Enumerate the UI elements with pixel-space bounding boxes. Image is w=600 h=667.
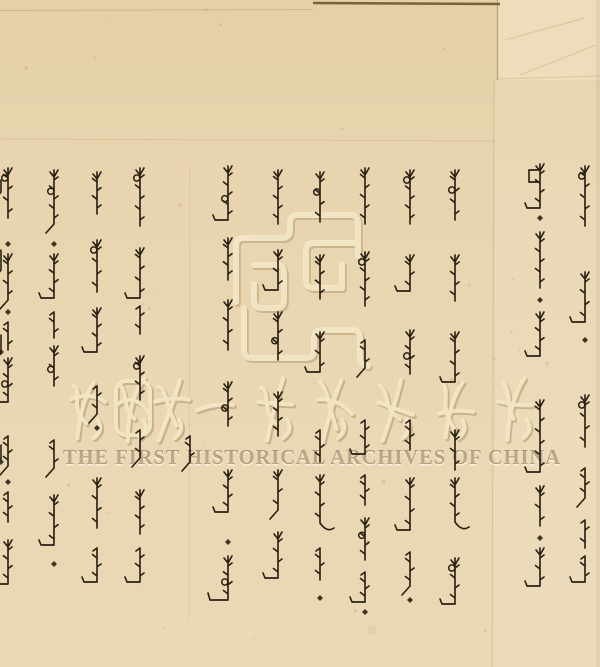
edge-cut-stroke — [0, 250, 1, 274]
cjk-char-emboss — [379, 380, 413, 441]
script-dot — [5, 479, 11, 485]
paper-speck — [252, 637, 255, 640]
script-dot — [5, 309, 11, 315]
script-word — [361, 475, 370, 505]
paper-speck — [382, 480, 386, 484]
script-dot — [225, 539, 231, 545]
paper-speck — [511, 278, 514, 281]
paper-speck — [383, 65, 385, 67]
script-word — [213, 470, 232, 512]
script-dot — [317, 595, 323, 601]
script-loop — [222, 579, 228, 585]
paper-speck — [484, 630, 486, 632]
script-dot — [407, 597, 413, 603]
script-word — [39, 495, 58, 545]
script-dot — [51, 561, 57, 567]
paper-speck — [148, 307, 151, 310]
script-word — [361, 168, 370, 224]
cjk-char-emboss — [71, 383, 105, 438]
paper-speck — [468, 284, 470, 286]
paper-speck — [376, 55, 378, 57]
paper-speck — [425, 334, 426, 335]
paper-speck — [162, 626, 165, 629]
paper-speck — [341, 128, 343, 130]
script-word — [406, 330, 415, 374]
paper-speck — [156, 290, 158, 292]
paper-speck — [592, 617, 594, 619]
paper-speck — [92, 98, 94, 100]
script-loop — [48, 188, 54, 194]
script-word — [46, 440, 58, 477]
archive-logo-emboss — [236, 215, 370, 368]
script-word — [451, 478, 470, 529]
script-loop — [2, 381, 8, 387]
script-dot — [5, 241, 11, 247]
edge-cut-dot — [0, 349, 4, 355]
watermark-latin-main: THE FIRST HISTORICAL ARCHIVES OF CHINA — [63, 445, 561, 469]
script-loop — [404, 353, 410, 359]
script-word — [93, 172, 102, 214]
faint-top-seam — [0, 10, 313, 11]
script-word — [39, 254, 58, 298]
script-word — [263, 532, 282, 578]
script-word — [440, 332, 459, 382]
script-word — [395, 255, 414, 291]
paper-speck — [298, 325, 300, 327]
script-word — [0, 358, 12, 402]
script-word — [270, 470, 282, 519]
faint-mid-seam — [0, 139, 495, 141]
script-dot — [51, 241, 57, 247]
paper-speck — [205, 8, 208, 11]
script-word — [0, 540, 12, 584]
script-word — [224, 300, 233, 350]
script-column — [0, 168, 12, 584]
paper-speck — [47, 333, 49, 335]
paper-seams — [0, 0, 600, 667]
script-word — [350, 572, 369, 602]
script-word — [451, 255, 460, 301]
script-word — [46, 170, 58, 233]
manuscript-canvas: THE FIRST HISTORICAL ARCHIVES OF CHINA T… — [0, 0, 600, 667]
script-word — [213, 166, 232, 220]
script-word — [208, 556, 232, 600]
script-loop — [91, 247, 97, 253]
script-word — [125, 248, 144, 298]
paper-speck — [509, 498, 511, 500]
paper-speck — [11, 251, 13, 253]
foxing-spot — [178, 203, 183, 208]
paper-speck — [109, 17, 111, 19]
paper-speck — [141, 303, 143, 305]
script-word — [395, 478, 414, 530]
paper-speck — [450, 378, 453, 381]
script-word — [224, 238, 233, 280]
script-word — [440, 558, 459, 604]
top-edge-dark-line — [313, 3, 500, 4]
vertical-fold-line — [189, 165, 190, 620]
paper-speck — [219, 23, 222, 26]
script-word — [402, 552, 414, 595]
watermark-latin-text: THE FIRST HISTORICAL ARCHIVES OF CHINA T… — [63, 445, 561, 470]
script-word — [82, 548, 101, 582]
script-column — [82, 172, 101, 582]
script-word — [136, 490, 145, 534]
script-column — [208, 166, 232, 600]
paper-speck — [492, 357, 496, 361]
script-word — [316, 548, 325, 580]
script-word — [274, 170, 283, 224]
script-word — [4, 492, 13, 522]
script-dot — [362, 609, 368, 615]
vertical-paper-seam — [492, 80, 494, 667]
paper-speck — [312, 378, 314, 380]
paper-speck — [67, 484, 70, 487]
edge-cut-stroke — [0, 180, 1, 196]
right-edge-shade — [596, 0, 600, 667]
script-word — [274, 312, 283, 360]
foxing-spot — [93, 56, 97, 60]
script-loop — [404, 177, 410, 183]
script-loop — [449, 187, 455, 193]
script-column — [263, 170, 282, 578]
paper-speck — [518, 349, 520, 351]
script-column — [125, 168, 144, 582]
paper-speck — [354, 609, 357, 612]
paper-speck — [242, 262, 244, 264]
paper-speck — [545, 362, 548, 365]
paper-patch — [497, 0, 600, 80]
paper-speck — [312, 382, 315, 385]
paper-speck — [301, 377, 303, 379]
paper-speck — [271, 222, 275, 226]
paper-speck — [576, 540, 578, 542]
document-scan: 中国第一历史档案馆 THE FIRST HISTORICAL ARCHIVES … — [0, 0, 600, 667]
foxing-spot — [367, 625, 377, 635]
paper-speck — [24, 66, 27, 69]
paper-speck — [559, 273, 561, 275]
paper-speck — [136, 585, 138, 587]
script-word — [4, 322, 13, 350]
paper-speck — [240, 131, 242, 133]
script-word — [125, 548, 144, 582]
paper-patch-rect — [497, 0, 600, 80]
edge-cut-dot — [0, 459, 4, 465]
script-loop — [48, 366, 54, 372]
script-loop — [222, 196, 228, 202]
script-word — [316, 475, 335, 530]
script-column — [39, 170, 58, 567]
script-word — [451, 170, 460, 220]
script-word — [50, 312, 59, 338]
edge-marks — [0, 180, 4, 465]
script-column — [305, 172, 334, 601]
paper-speck — [106, 511, 108, 513]
script-loop — [449, 565, 455, 571]
script-word — [93, 478, 102, 528]
script-word — [136, 306, 145, 334]
script-word — [82, 308, 101, 352]
paper-speck — [510, 331, 513, 334]
paper-speck — [443, 48, 445, 50]
script-loop — [134, 175, 140, 181]
logo-emboss-layer — [236, 215, 368, 366]
